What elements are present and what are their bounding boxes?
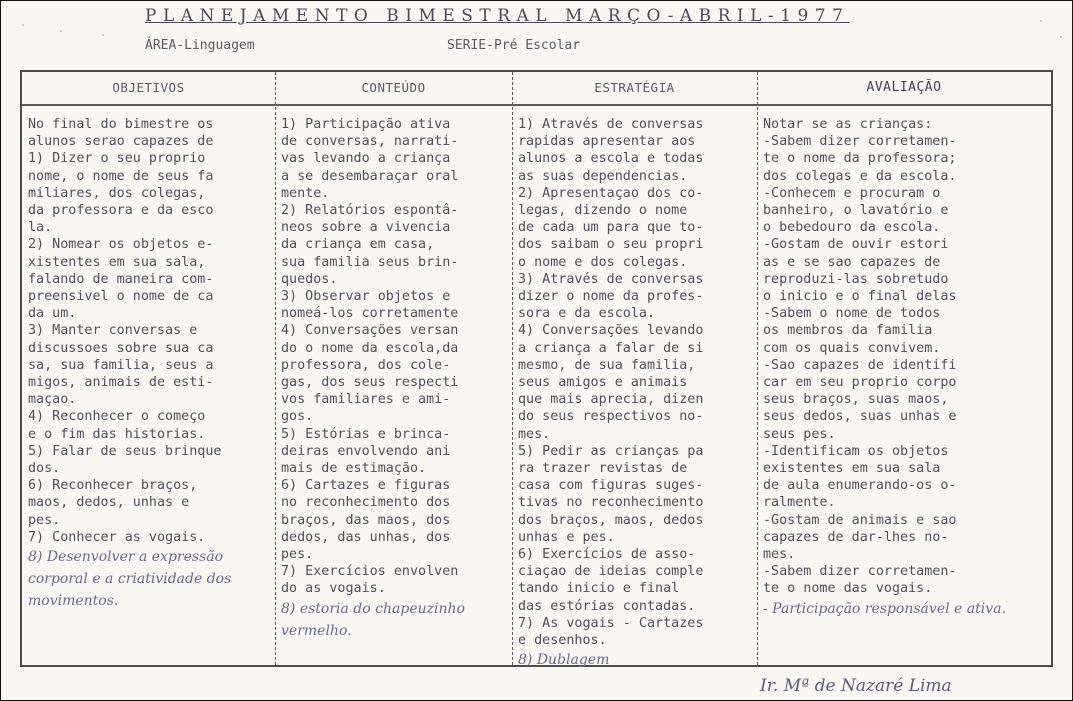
header-estrategia: ESTRATÉGIA: [512, 80, 757, 95]
typed-line: seus dedos, suas unhas e: [763, 408, 1048, 425]
column-avaliacao: Notar se as crianças:-Sabem dizer corret…: [763, 116, 1048, 620]
typed-line: da professora e da esco: [28, 202, 274, 219]
typed-line: unhas e pes.: [518, 529, 754, 546]
typed-line: No final do bimestre os: [28, 116, 274, 133]
serie-label: SERIE-Pré Escolar: [447, 38, 580, 53]
typed-line: sora e da escola.: [518, 305, 754, 322]
typed-line: car em seu proprio corpo: [763, 374, 1048, 391]
typed-line: maçao.: [28, 391, 274, 408]
typed-line: 6) Reconhecer braços,: [28, 477, 274, 494]
typed-line: ra trazer revistas de: [518, 460, 754, 477]
typed-line: xistentes em sua sala,: [28, 254, 274, 271]
typed-line: 3) Observar objetos e: [281, 288, 509, 305]
typed-line: mes.: [763, 546, 1048, 563]
typed-line: quedos.: [281, 271, 509, 288]
area-label: ÁREA-Linguagem: [145, 38, 255, 53]
typed-line: discussoes sobre sua ca: [28, 340, 274, 357]
document-title: PLANEJAMENTO BIMESTRAL MARÇO-ABRIL-1977: [145, 6, 849, 26]
typed-line: sua familia seus brin-: [281, 254, 509, 271]
typed-line: -Sabem o nome de todos: [763, 305, 1048, 322]
typed-line: pes.: [28, 512, 274, 529]
typed-line: vas levando a criança: [281, 150, 509, 167]
typed-line: tivas no reconhecimento: [518, 494, 754, 511]
typed-line: e o fim das historias.: [28, 426, 274, 443]
typed-line: com os quais convivem.: [763, 340, 1048, 357]
typed-line: de aula enumerando-os o-: [763, 477, 1048, 494]
typed-line: da criança em casa,: [281, 236, 509, 253]
typed-line: -Conhecem e procuram o: [763, 185, 1048, 202]
planning-table: OBJETIVOS CONTEÚDO ESTRATÉGIA AVALIAÇÃO …: [20, 70, 1053, 667]
typed-line: -Gostam de animais e sao: [763, 512, 1048, 529]
typed-line: -Sabem dizer corretamen-: [763, 133, 1048, 150]
typed-line: 4) Conversações levando: [518, 322, 754, 339]
typed-line: o nome e dos colegas.: [518, 254, 754, 271]
column-estrategia: 1) Através de conversasrapidas apresenta…: [518, 116, 754, 671]
typed-line: nome, o nome de seus fa: [28, 168, 274, 185]
typed-line: 1) Dizer o seu proprio: [28, 150, 274, 167]
typed-line: do as vogais.: [281, 580, 509, 597]
typed-line: -Sabem dizer corretamen-: [763, 563, 1048, 580]
typed-line: 1) Através de conversas: [518, 116, 754, 133]
typed-line: a criança a falar de si: [518, 340, 754, 357]
typed-line: vos familiares e ami-: [281, 391, 509, 408]
paper-speck: [60, 30, 62, 32]
typed-line: existentes em sua sala: [763, 460, 1048, 477]
typed-line: preensivel o nome de ca: [28, 288, 274, 305]
typed-line: alunos serao capazes de: [28, 133, 274, 150]
typed-line: dos saibam o seu propri: [518, 236, 754, 253]
typed-line: -Sao capazes de identifi: [763, 357, 1048, 374]
typed-line: casa com figuras suges-: [518, 477, 754, 494]
typed-line: legas, dizendo o nome: [518, 202, 754, 219]
header-conteudo: CONTEÚDO: [275, 80, 512, 95]
typed-line: do o nome da escola,da: [281, 340, 509, 357]
typed-line: do seus respectivos no-: [518, 408, 754, 425]
typed-line: dos.: [28, 460, 274, 477]
typed-line: da um.: [28, 305, 274, 322]
handwritten-note: - Participação responsável e ativa.: [763, 598, 1048, 620]
typed-line: gos.: [281, 408, 509, 425]
signature: Ir. Mª de Nazaré Lima: [760, 676, 952, 696]
typed-line: seus braços, suas maos,: [763, 391, 1048, 408]
typed-line: falando de maneira com-: [28, 271, 274, 288]
typed-line: 4) Reconhecer o começo: [28, 408, 274, 425]
typed-line: 2) Nomear os objetos e-: [28, 236, 274, 253]
paper-speck: [22, 24, 24, 26]
typed-line: 7) Exercícios envolven: [281, 563, 509, 580]
paper-speck: [1060, 36, 1062, 38]
typed-line: 5) Falar de seus brinque: [28, 443, 274, 460]
typed-line: o inicio e o final delas: [763, 288, 1048, 305]
typed-line: ralmente.: [763, 494, 1048, 511]
typed-line: de conversas, narrati-: [281, 133, 509, 150]
typed-line: 7) Conhecer as vogais.: [28, 529, 274, 546]
paper-speck: [1040, 20, 1042, 22]
paper-speck: [102, 34, 104, 36]
typed-line: dos colegas e da escola.: [763, 168, 1048, 185]
typed-line: seus pes.: [763, 426, 1048, 443]
typed-line: 6) Exercícios de asso-: [518, 546, 754, 563]
typed-line: mesmo, de sua familia,: [518, 357, 754, 374]
typed-line: gas, dos seus respecti: [281, 374, 509, 391]
typed-line: as e se sao capazes de: [763, 254, 1048, 271]
typed-line: alunos a escola e todas: [518, 150, 754, 167]
typed-line: 2) Apresentaçao dos co-: [518, 185, 754, 202]
typed-line: 7) As vogais - Cartazes: [518, 615, 754, 632]
typed-line: neos sobre a vivencia: [281, 219, 509, 236]
typed-line: 3) Manter conversas e: [28, 322, 274, 339]
typed-line: deiras envolvendo ani: [281, 443, 509, 460]
typed-line: rapidas apresentar aos: [518, 133, 754, 150]
column-divider: [512, 72, 513, 665]
typed-line: tando inicio e final: [518, 580, 754, 597]
typed-line: de cada um para que to-: [518, 219, 754, 236]
typed-line: 4) Conversações versan: [281, 322, 509, 339]
typed-line: miliares, dos colegas,: [28, 185, 274, 202]
column-objetivos: No final do bimestre osalunos serao capa…: [28, 116, 274, 612]
column-divider: [757, 72, 758, 665]
typed-line: dizer o nome da profes-: [518, 288, 754, 305]
typed-line: 3) Através de conversas: [518, 271, 754, 288]
typed-line: mes.: [518, 426, 754, 443]
typed-line: os membros da familia: [763, 322, 1048, 339]
typed-line: 6) Cartazes e figuras: [281, 477, 509, 494]
typed-line: o bebedouro da escola.: [763, 219, 1048, 236]
column-divider: [275, 72, 276, 665]
typed-line: e desenhos.: [518, 632, 754, 649]
typed-line: capazes de dar-lhes no-: [763, 529, 1048, 546]
typed-line: das estórias contadas.: [518, 598, 754, 615]
typed-line: la.: [28, 219, 274, 236]
typed-line: as suas dependencias.: [518, 168, 754, 185]
typed-line: ciaçao de ideias comple: [518, 563, 754, 580]
typed-line: reproduzi-las sobretudo: [763, 271, 1048, 288]
typed-line: te o nome das vogais.: [763, 580, 1048, 597]
typed-line: braços, das maos, dos: [281, 512, 509, 529]
typed-line: te o nome da professora;: [763, 150, 1048, 167]
typed-line: 5) Pedir as crianças pa: [518, 443, 754, 460]
typed-line: pes.: [281, 546, 509, 563]
typed-line: seus amigos e animais: [518, 374, 754, 391]
handwritten-note: 8) Desenvolver a expressão corporal e a …: [28, 546, 274, 612]
typed-line: mente.: [281, 185, 509, 202]
typed-line: sa, sua familia, seus a: [28, 357, 274, 374]
typed-line: 5) Estórias e brinca-: [281, 426, 509, 443]
typed-line: a se desembaraçar oral: [281, 168, 509, 185]
typed-line: 1) Participação ativa: [281, 116, 509, 133]
typed-line: Notar se as crianças:: [763, 116, 1048, 133]
typed-line: -Identificam os objetos: [763, 443, 1048, 460]
header-avaliacao: AVALIAÇÃO: [757, 80, 1051, 95]
typed-line: mais de estimação.: [281, 460, 509, 477]
typed-line: nomeá-los corretamente: [281, 305, 509, 322]
typed-line: dedos, das unhas, dos: [281, 529, 509, 546]
typed-line: professora, dos cole-: [281, 357, 509, 374]
typed-line: que mais aprecia, dizen: [518, 391, 754, 408]
typed-line: maos, dedos, unhas e: [28, 494, 274, 511]
typed-line: no reconhecimento dos: [281, 494, 509, 511]
typed-line: dos braços, maos, dedos: [518, 512, 754, 529]
column-conteudo: 1) Participação ativade conversas, narra…: [281, 116, 509, 642]
typed-line: -Gostam de ouvir estori: [763, 236, 1048, 253]
handwritten-note: 8) estoria do chapeuzinho vermelho.: [281, 598, 509, 642]
typed-line: banheiro, o lavatório e: [763, 202, 1048, 219]
header-objetivos: OBJETIVOS: [22, 80, 275, 95]
typed-line: migos, animais de esti-: [28, 374, 274, 391]
handwritten-note: 8) Dublagem: [518, 649, 754, 671]
typed-line: 2) Relatórios espontâ-: [281, 202, 509, 219]
table-header-row: OBJETIVOS CONTEÚDO ESTRATÉGIA AVALIAÇÃO: [22, 72, 1051, 106]
